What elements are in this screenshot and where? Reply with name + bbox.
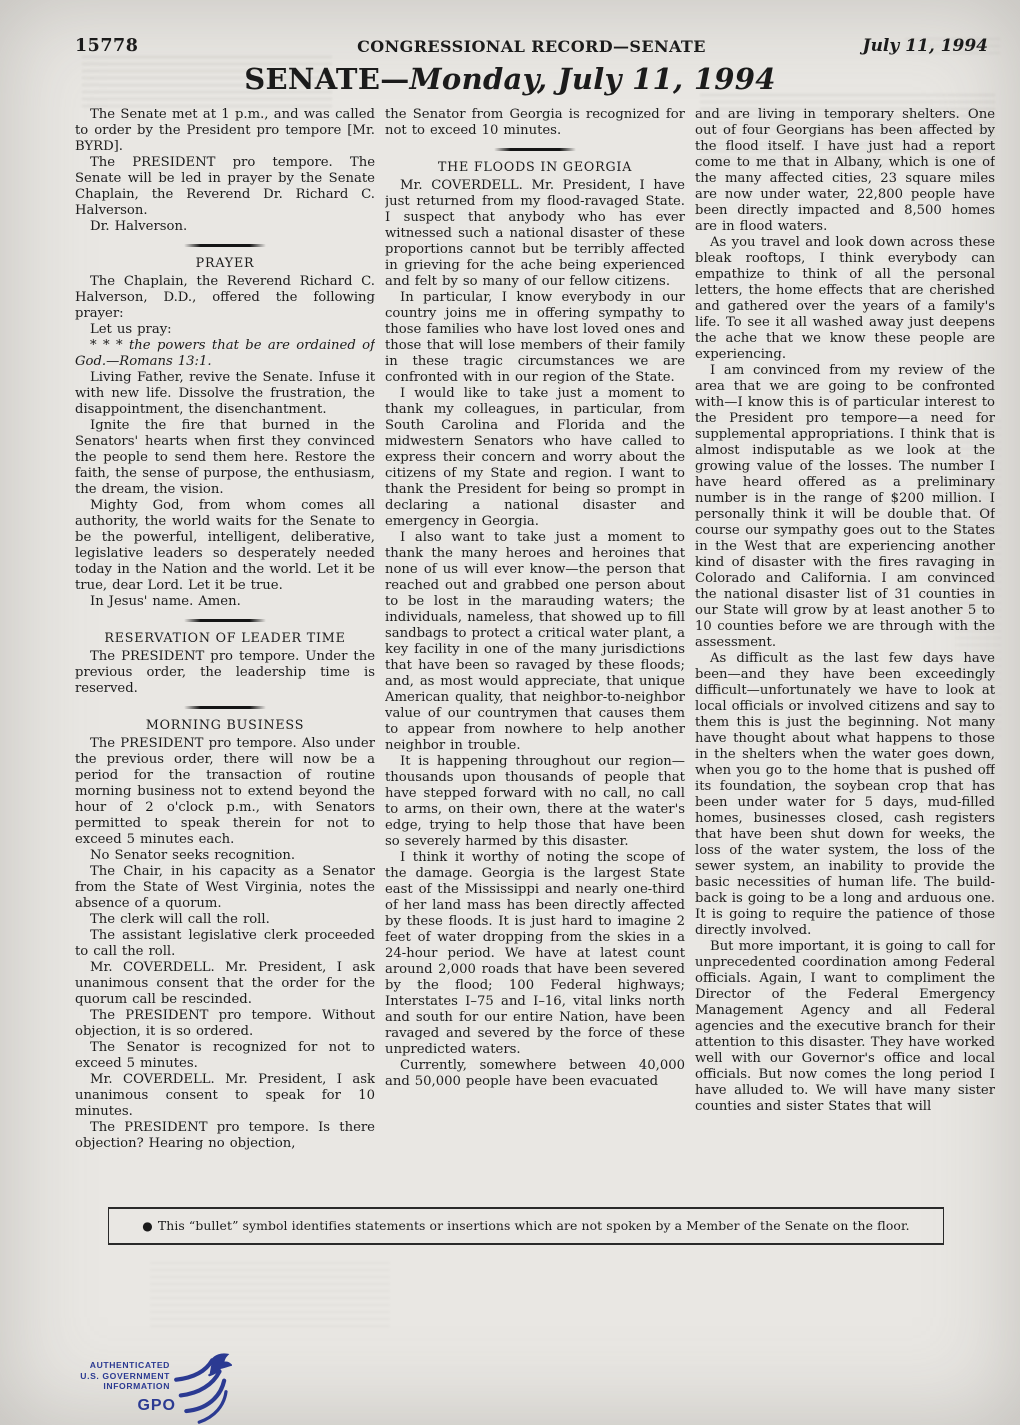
paragraph: As difficult as the last few days have b… bbox=[695, 651, 995, 939]
paragraph: The Chair, in his capacity as a Senator … bbox=[75, 864, 375, 912]
paragraph: The PRESIDENT pro tempore. Without objec… bbox=[75, 1008, 375, 1040]
gpo-text-line: U.S. GOVERNMENT bbox=[52, 1371, 170, 1382]
section-heading: MORNING BUSINESS bbox=[75, 717, 375, 732]
section-heading: THE FLOODS IN GEORGIA bbox=[385, 159, 685, 174]
paragraph: I am convinced from my review of the are… bbox=[695, 363, 995, 651]
section-divider bbox=[184, 244, 266, 247]
section-divider bbox=[184, 706, 266, 709]
paragraph: The clerk will call the roll. bbox=[75, 912, 375, 928]
gpo-text-line: AUTHENTICATED bbox=[52, 1360, 170, 1371]
paragraph: I also want to take just a moment to tha… bbox=[385, 530, 685, 754]
bullet-icon: ● bbox=[142, 1219, 153, 1233]
paragraph: Let us pray: bbox=[75, 322, 375, 338]
senate-masthead: SENATE—Monday, July 11, 1994 bbox=[0, 62, 1020, 96]
paragraph: Ignite the fire that burned in the Senat… bbox=[75, 418, 375, 498]
record-date: July 11, 1994 bbox=[863, 36, 988, 56]
record-title: CONGRESSIONAL RECORD—SENATE bbox=[75, 37, 988, 56]
gpo-text: AUTHENTICATED U.S. GOVERNMENT INFORMATIO… bbox=[52, 1360, 170, 1415]
paragraph: Mr. COVERDELL. Mr. President, I ask unan… bbox=[75, 960, 375, 1008]
paragraph: the Senator from Georgia is recognized f… bbox=[385, 107, 685, 139]
masthead-chamber: SENATE— bbox=[244, 62, 409, 96]
column-3: and are living in temporary shelters. On… bbox=[695, 107, 995, 1199]
bleed-through-artifact bbox=[150, 1262, 390, 1332]
paragraph: The Senator is recognized for not to exc… bbox=[75, 1040, 375, 1072]
paragraph: The Senate met at 1 p.m., and was called… bbox=[75, 107, 375, 155]
paragraph: Currently, somewhere between 40,000 and … bbox=[385, 1058, 685, 1090]
paragraph: It is happening throughout our region—th… bbox=[385, 754, 685, 850]
paragraph: * * * the powers that be are ordained of… bbox=[75, 338, 375, 370]
paragraph: The Chaplain, the Reverend Richard C. Ha… bbox=[75, 274, 375, 322]
gpo-logo: AUTHENTICATED U.S. GOVERNMENT INFORMATIO… bbox=[52, 1352, 237, 1424]
paragraph: I think it worthy of noting the scope of… bbox=[385, 850, 685, 1058]
paragraph: The PRESIDENT pro tempore. Under the pre… bbox=[75, 649, 375, 697]
paragraph: As you travel and look down across these… bbox=[695, 235, 995, 363]
column-1: The Senate met at 1 p.m., and was called… bbox=[75, 107, 375, 1199]
paragraph: and are living in temporary shelters. On… bbox=[695, 107, 995, 235]
gpo-text-line: INFORMATION bbox=[52, 1381, 170, 1392]
paragraph: No Senator seeks recognition. bbox=[75, 848, 375, 864]
footer-note-text: This “bullet” symbol identifies statemen… bbox=[158, 1218, 910, 1233]
paragraph: The PRESIDENT pro tempore. Is there obje… bbox=[75, 1120, 375, 1152]
footer-note: ●This “bullet” symbol identifies stateme… bbox=[108, 1207, 944, 1245]
paragraph: I would like to take just a moment to th… bbox=[385, 386, 685, 530]
masthead-session-date: Monday, July 11, 1994 bbox=[410, 62, 776, 96]
section-heading: PRAYER bbox=[75, 255, 375, 270]
section-heading: RESERVATION OF LEADER TIME bbox=[75, 630, 375, 645]
paragraph: The PRESIDENT pro tempore. The Senate wi… bbox=[75, 155, 375, 219]
paragraph: But more important, it is going to call … bbox=[695, 939, 995, 1115]
article-columns: The Senate met at 1 p.m., and was called… bbox=[75, 107, 995, 1199]
paragraph: The PRESIDENT pro tempore. Also under th… bbox=[75, 736, 375, 848]
paragraph: The assistant legislative clerk proceede… bbox=[75, 928, 375, 960]
paragraph: Living Father, revive the Senate. Infuse… bbox=[75, 370, 375, 418]
paragraph: Mr. COVERDELL. Mr. President, I have jus… bbox=[385, 178, 685, 290]
column-2: the Senator from Georgia is recognized f… bbox=[385, 107, 685, 1199]
running-head: 15778 CONGRESSIONAL RECORD—SENATE July 1… bbox=[75, 36, 988, 58]
paragraph: In Jesus' name. Amen. bbox=[75, 594, 375, 610]
gpo-acronym: GPO bbox=[52, 1397, 176, 1415]
paragraph: In particular, I know everybody in our c… bbox=[385, 290, 685, 386]
paragraph: Dr. Halverson. bbox=[75, 219, 375, 235]
paragraph: Mr. COVERDELL. Mr. President, I ask unan… bbox=[75, 1072, 375, 1120]
section-divider bbox=[494, 148, 576, 151]
section-divider bbox=[184, 619, 266, 622]
paragraph: Mighty God, from whom comes all authorit… bbox=[75, 498, 375, 594]
gpo-eagle-icon bbox=[172, 1352, 232, 1424]
